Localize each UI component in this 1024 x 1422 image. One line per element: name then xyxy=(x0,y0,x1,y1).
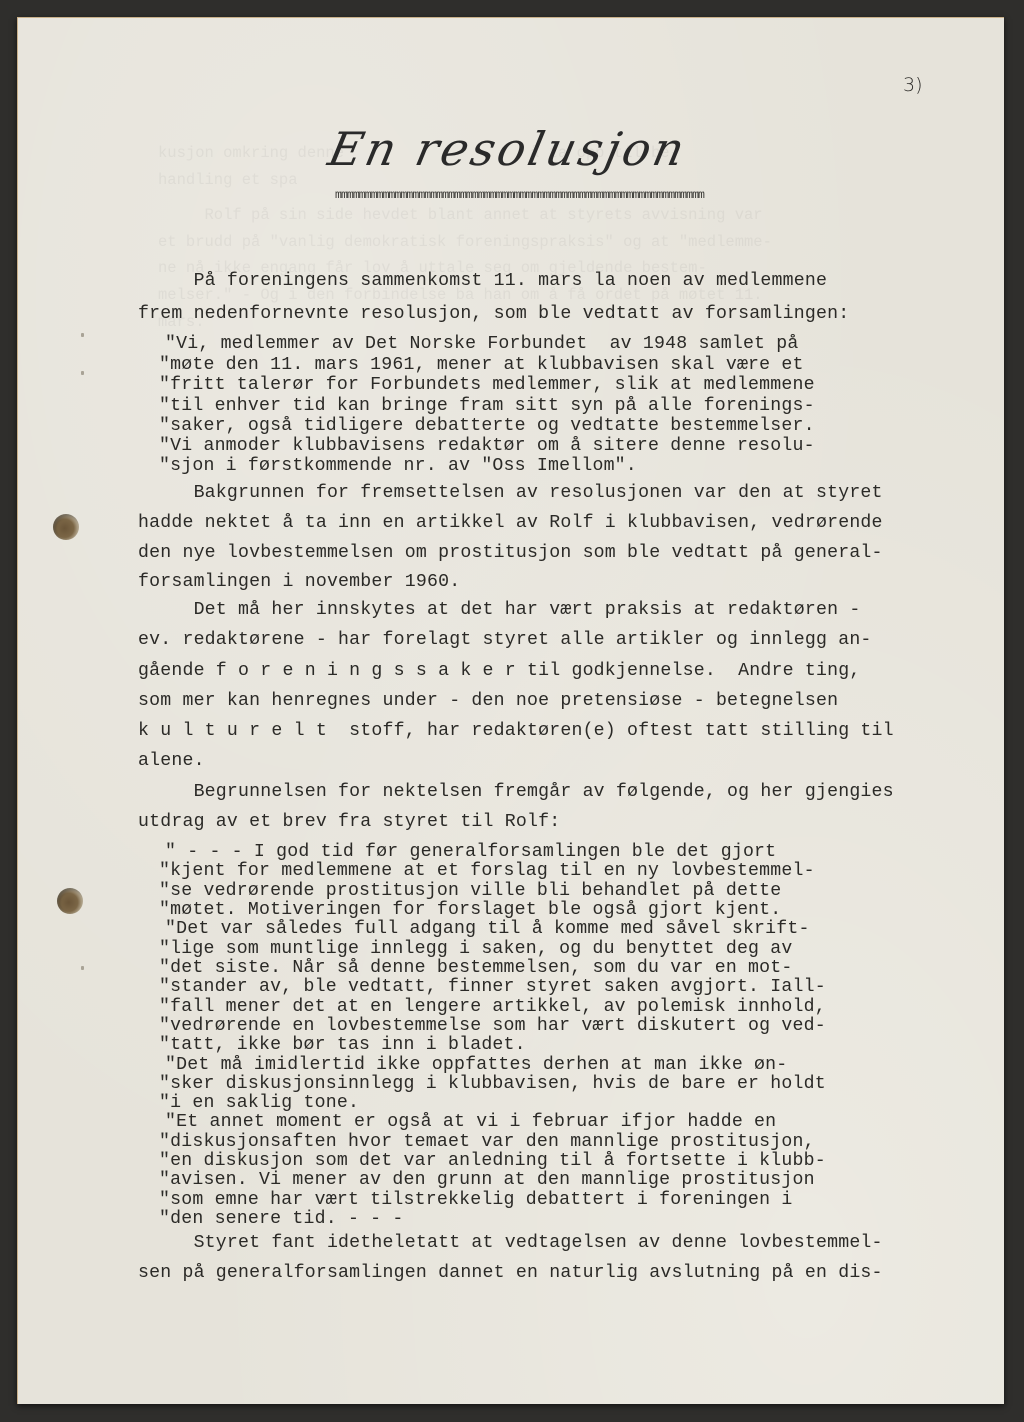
text-line: alene. xyxy=(138,751,205,771)
text-line: "i en saklig tone. xyxy=(159,1093,359,1113)
text-line: "Det var således full adgang til å komme… xyxy=(165,919,810,939)
text-line: Begrunnelsen for nektelsen fremgår av fø… xyxy=(138,782,894,802)
text-line: På foreningens sammenkomst 11. mars la n… xyxy=(138,271,827,291)
document-page: kusjon omkring denne å ta opp til be-han… xyxy=(17,17,1004,1404)
text-line: Bakgrunnen for fremsettelsen av resolusj… xyxy=(138,483,883,503)
punch-hole-top xyxy=(53,514,79,540)
text-line: ev. redaktørene - har forelagt styret al… xyxy=(138,630,872,650)
text-line: k u l t u r e l t stoff, har redaktøren(… xyxy=(138,721,894,741)
text-line: "vedrørende en lovbestemmelse som har væ… xyxy=(159,1016,826,1036)
page-number: 3) xyxy=(903,74,923,96)
text-line: "den senere tid. - - - xyxy=(159,1209,404,1229)
text-line: "sker diskusjonsinnlegg i klubbavisen, h… xyxy=(159,1074,826,1094)
text-line: "Et annet moment er også at vi i februar… xyxy=(165,1112,776,1132)
text-line: utdrag av et brev fra styret til Rolf: xyxy=(138,812,560,832)
text-line: "lige som muntlige innlegg i saken, og d… xyxy=(159,939,793,959)
text-line: "møtet. Motiveringen for forslaget ble o… xyxy=(159,900,781,920)
text-line: "sjon i førstkommende nr. av "Oss Imello… xyxy=(159,456,637,476)
paper-mark xyxy=(81,966,84,970)
text-line: gående f o r e n i n g s s a k e r til g… xyxy=(138,661,860,681)
punch-hole-bottom xyxy=(57,888,83,914)
text-line: "som emne har vært tilstrekkelig debatte… xyxy=(159,1190,793,1210)
text-line: "saker, også tidligere debatterte og ved… xyxy=(159,416,815,436)
text-line: "Det må imidlertid ikke oppfattes derhen… xyxy=(165,1055,787,1075)
text-line: "avisen. Vi mener av den grunn at den ma… xyxy=(159,1170,815,1190)
text-line: "Vi, medlemmer av Det Norske Forbundet a… xyxy=(165,334,799,354)
text-line: Det må her innskytes at det har vært pra… xyxy=(138,600,860,620)
text-line: den nye lovbestemmelsen om prostitusjon … xyxy=(138,543,883,563)
text-line: forsamlingen i november 1960. xyxy=(138,572,460,592)
bleed-line: et brudd på "vanlig demokratisk forening… xyxy=(158,233,928,251)
text-line: " - - - I god tid før generalforsamlinge… xyxy=(165,842,776,862)
text-line: hadde nektet å ta inn en artikkel av Rol… xyxy=(138,513,883,533)
text-line: "stander av, ble vedtatt, finner styret … xyxy=(159,977,826,997)
text-line: "fritt talerør for Forbundets medlemmer,… xyxy=(159,375,815,395)
text-line: "tatt, ikke bør tas inn i bladet. xyxy=(159,1035,526,1055)
text-line: Styret fant idetheletatt at vedtagelsen … xyxy=(138,1233,883,1253)
text-line: "det siste. Når så denne bestemmelsen, s… xyxy=(159,958,793,978)
text-line: "se vedrørende prostitusjon ville bli be… xyxy=(159,881,781,901)
page-title: En resolusjon xyxy=(232,122,783,176)
paper-mark xyxy=(81,371,84,375)
text-line: "kjent for medlemmene at et forslag til … xyxy=(159,861,815,881)
text-line: frem nedenfornevnte resolusjon, som ble … xyxy=(138,304,849,324)
text-line: "en diskusjon som det var anledning til … xyxy=(159,1151,826,1171)
paper-mark xyxy=(81,333,84,337)
text-line: som mer kan henregnes under - den noe pr… xyxy=(138,691,838,711)
text-line: "Vi anmoder klubbavisens redaktør om å s… xyxy=(159,436,815,456)
text-line: "møte den 11. mars 1961, mener at klubba… xyxy=(159,355,804,375)
bleed-line: Rolf på sin side hevdet blant annet at s… xyxy=(158,206,928,224)
title-underline: mmmmmmmmmmmmmmmmmmmmmmmmmmmmmmmmmmmmmmmm… xyxy=(335,189,755,202)
text-line: "fall mener det at en lengere artikkel, … xyxy=(159,997,826,1017)
text-line: sen på generalforsamlingen dannet en nat… xyxy=(138,1263,883,1283)
text-line: "diskusjonsaften hvor temaet var den man… xyxy=(159,1132,815,1152)
text-line: "til enhver tid kan bringe fram sitt syn… xyxy=(159,396,815,416)
